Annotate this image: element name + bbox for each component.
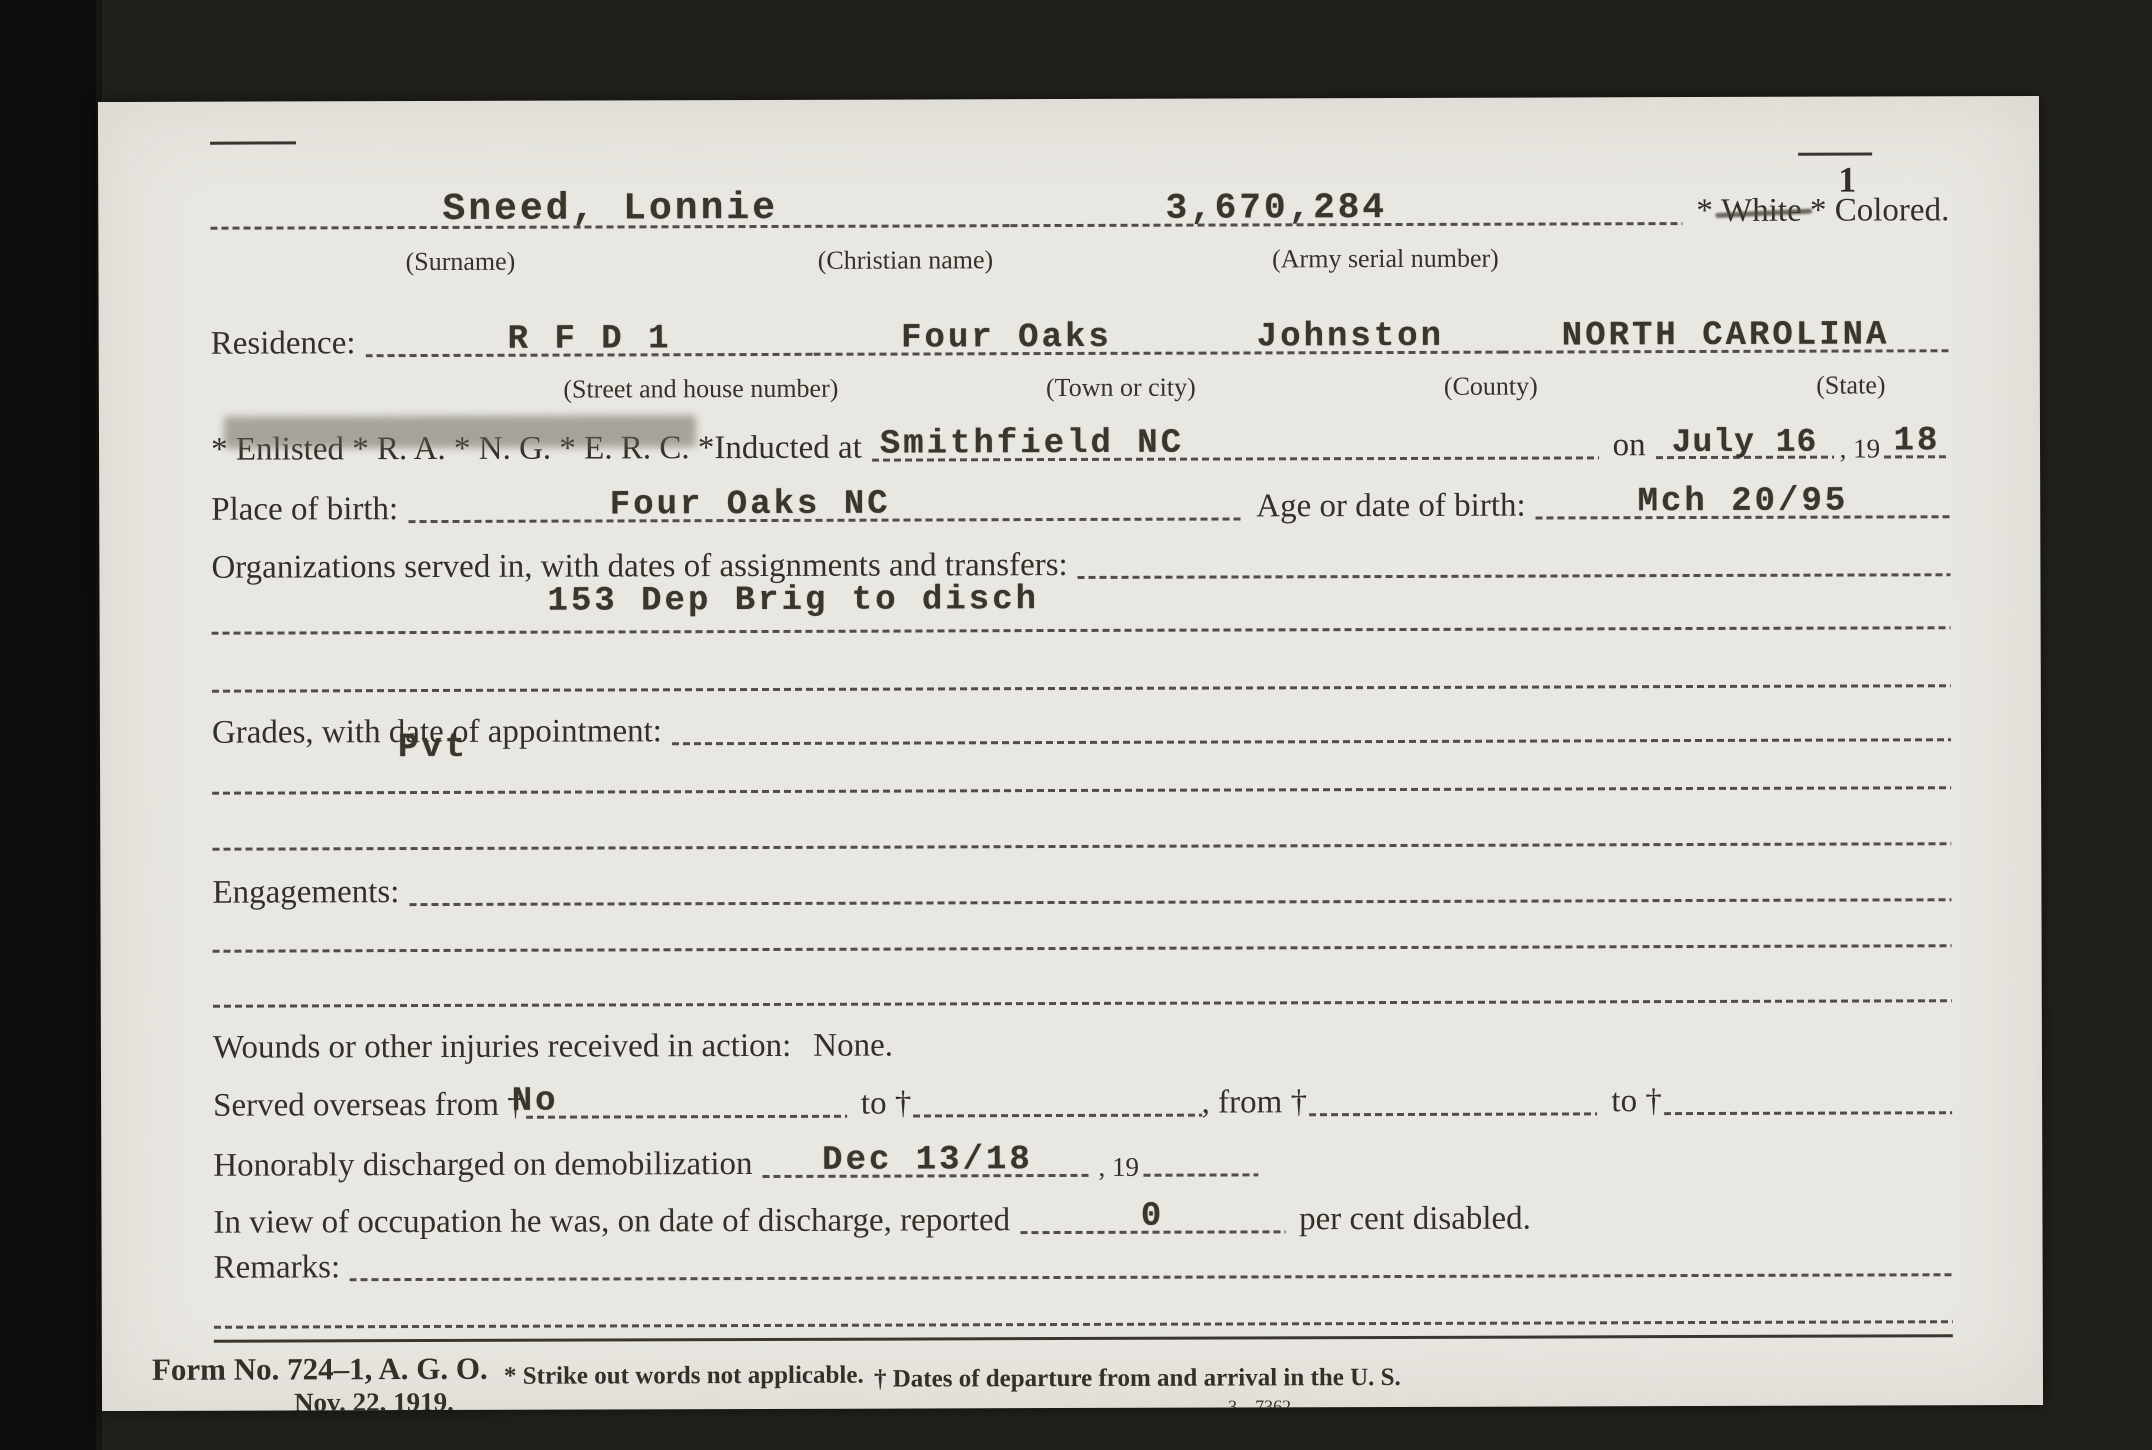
name-value: Sneed, Lonnie bbox=[442, 190, 778, 229]
bottom-dashed-rule bbox=[214, 1320, 1953, 1328]
discharge-label: Honorably discharged on demobilization bbox=[213, 1147, 752, 1185]
remarks-line: Remarks: bbox=[214, 1232, 1953, 1287]
name-line: Sneed, Lonnie 3,670,284 * White * Colore… bbox=[210, 180, 1949, 235]
overseas-from2-label: , from † bbox=[1202, 1086, 1308, 1123]
remarks-label: Remarks: bbox=[214, 1251, 341, 1288]
surname-label: (Surname) bbox=[406, 247, 516, 277]
residence-line: Residence: R F D 1 Four Oaks Johnston NO… bbox=[211, 308, 1950, 363]
engagements-line: Engagements: bbox=[212, 857, 1951, 912]
ruled-line bbox=[212, 842, 1951, 850]
serial-number-value: 3,670,284 bbox=[1165, 190, 1387, 227]
on-label: on bbox=[1612, 429, 1645, 466]
induction-year-value: 18 bbox=[1894, 424, 1941, 458]
age-label: Age or date of birth: bbox=[1256, 489, 1526, 526]
discharge-line: Honorably discharged on demobilization D… bbox=[213, 1130, 1952, 1185]
grades-field bbox=[672, 747, 1951, 751]
form-date: Nov. 22, 1919. bbox=[294, 1387, 454, 1411]
town-value: Four Oaks bbox=[901, 321, 1112, 356]
enlist-options-struck: Enlisted * R. A. * N. G. * E. R. C. bbox=[236, 432, 690, 470]
overseas-from1-field: No bbox=[526, 1090, 847, 1125]
ruled-line bbox=[213, 999, 1952, 1007]
birthplace-field: Four Oaks NC bbox=[408, 492, 1242, 529]
inducted-place-field: Smithfield NC bbox=[872, 431, 1599, 467]
dagger-note: † Dates of departure from and arrival in… bbox=[874, 1364, 1401, 1394]
ruled-line bbox=[212, 684, 1951, 692]
year-19-label: , 19 bbox=[1840, 434, 1881, 464]
top-left-tick bbox=[210, 141, 296, 144]
ruled-line bbox=[212, 626, 1951, 634]
christian-name-label: (Christian name) bbox=[818, 245, 994, 276]
county-label: (County) bbox=[1444, 372, 1538, 402]
birthdate-value: Mch 20/95 bbox=[1638, 485, 1849, 520]
wounds-label: Wounds or other injuries received in act… bbox=[213, 1029, 791, 1067]
induction-year-field: 18 bbox=[1884, 430, 1950, 464]
overseas-from2-field bbox=[1309, 1121, 1597, 1122]
birthplace-value: Four Oaks NC bbox=[610, 488, 891, 523]
street-label: (Street and house number) bbox=[563, 374, 838, 405]
overseas-to1-label: to † bbox=[861, 1087, 912, 1124]
surname-field: Sneed, Lonnie bbox=[210, 195, 1010, 236]
inducted-place-value: Smithfield NC bbox=[880, 427, 1184, 462]
county-field: Johnston bbox=[1199, 326, 1501, 361]
race-colored-label: * Colored. bbox=[1802, 194, 1950, 231]
organizations-field bbox=[1078, 582, 1951, 585]
engagements-field bbox=[409, 907, 1951, 912]
discharge-date-field: Dec 13/18 bbox=[762, 1149, 1092, 1184]
street-field: R F D 1 bbox=[365, 328, 813, 363]
birthdate-field: Mch 20/95 bbox=[1536, 490, 1951, 525]
discharge-year-label: , 19 bbox=[1098, 1152, 1139, 1182]
left-binding-strip bbox=[0, 0, 102, 1450]
engagements-label: Engagements: bbox=[212, 875, 399, 912]
overseas-label: Served overseas from † bbox=[213, 1088, 524, 1126]
grades-line: Grades, with date of appointment: bbox=[212, 697, 1951, 752]
form-number: Form No. 724–1, A. G. O. bbox=[152, 1351, 488, 1388]
grade-value: Pvt bbox=[398, 731, 468, 765]
overseas-to2-label: to † bbox=[1611, 1085, 1662, 1122]
enlistment-line: * Enlisted * R. A. * N. G. * E. R. C. *I… bbox=[211, 414, 1950, 469]
remarks-field bbox=[350, 1282, 1953, 1287]
overseas-to2-field bbox=[1664, 1120, 1952, 1121]
residence-label: Residence: bbox=[211, 327, 356, 364]
army-serial-label: (Army serial number) bbox=[1272, 244, 1499, 275]
town-field: Four Oaks bbox=[814, 327, 1200, 362]
organizations-value: 153 Dep Brig to disch bbox=[547, 583, 1039, 619]
street-value: R F D 1 bbox=[508, 322, 672, 357]
induction-date-value: July 16 bbox=[1672, 426, 1818, 459]
bottom-solid-rule bbox=[214, 1334, 1953, 1342]
place-of-birth-label: Place of birth: bbox=[211, 492, 398, 529]
overseas-from1-value: No bbox=[512, 1085, 559, 1119]
birth-line: Place of birth: Four Oaks NC Age or date… bbox=[211, 474, 1950, 529]
overseas-line: Served overseas from † No to † , from † … bbox=[213, 1070, 1952, 1125]
race-white-label: White bbox=[1721, 194, 1802, 231]
organizations-line: Organizations served in, with dates of a… bbox=[211, 532, 1950, 587]
ruled-line bbox=[212, 786, 1951, 794]
state-field: NORTH CAROLINA bbox=[1501, 324, 1949, 359]
county-value: Johnston bbox=[1257, 320, 1444, 355]
overseas-to1-field bbox=[913, 1123, 1201, 1124]
spacer bbox=[1258, 1180, 1952, 1182]
state-label: (State) bbox=[1816, 370, 1885, 400]
ruled-line bbox=[213, 944, 1952, 952]
service-record-card: 1 Sneed, Lonnie 3,670,284 * White * Colo… bbox=[98, 96, 2043, 1411]
discharge-date-value: Dec 13/18 bbox=[822, 1143, 1033, 1178]
wounds-line: Wounds or other injuries received in act… bbox=[213, 1012, 1952, 1067]
town-label: (Town or city) bbox=[1046, 373, 1196, 403]
strike-out-note: * Strike out words not applicable. bbox=[504, 1362, 864, 1391]
disabled-percent-value: 0 bbox=[1141, 1200, 1165, 1234]
state-value: NORTH CAROLINA bbox=[1562, 318, 1890, 353]
inducted-at-label: *Inducted at bbox=[690, 431, 862, 468]
serial-field: 3,670,284 bbox=[1010, 195, 1682, 233]
induction-date-field: July 16 bbox=[1655, 432, 1833, 466]
wounds-value: None. bbox=[813, 1029, 893, 1066]
print-code: 3—7362 bbox=[1228, 1396, 1291, 1411]
page-number-overline bbox=[1798, 152, 1872, 155]
